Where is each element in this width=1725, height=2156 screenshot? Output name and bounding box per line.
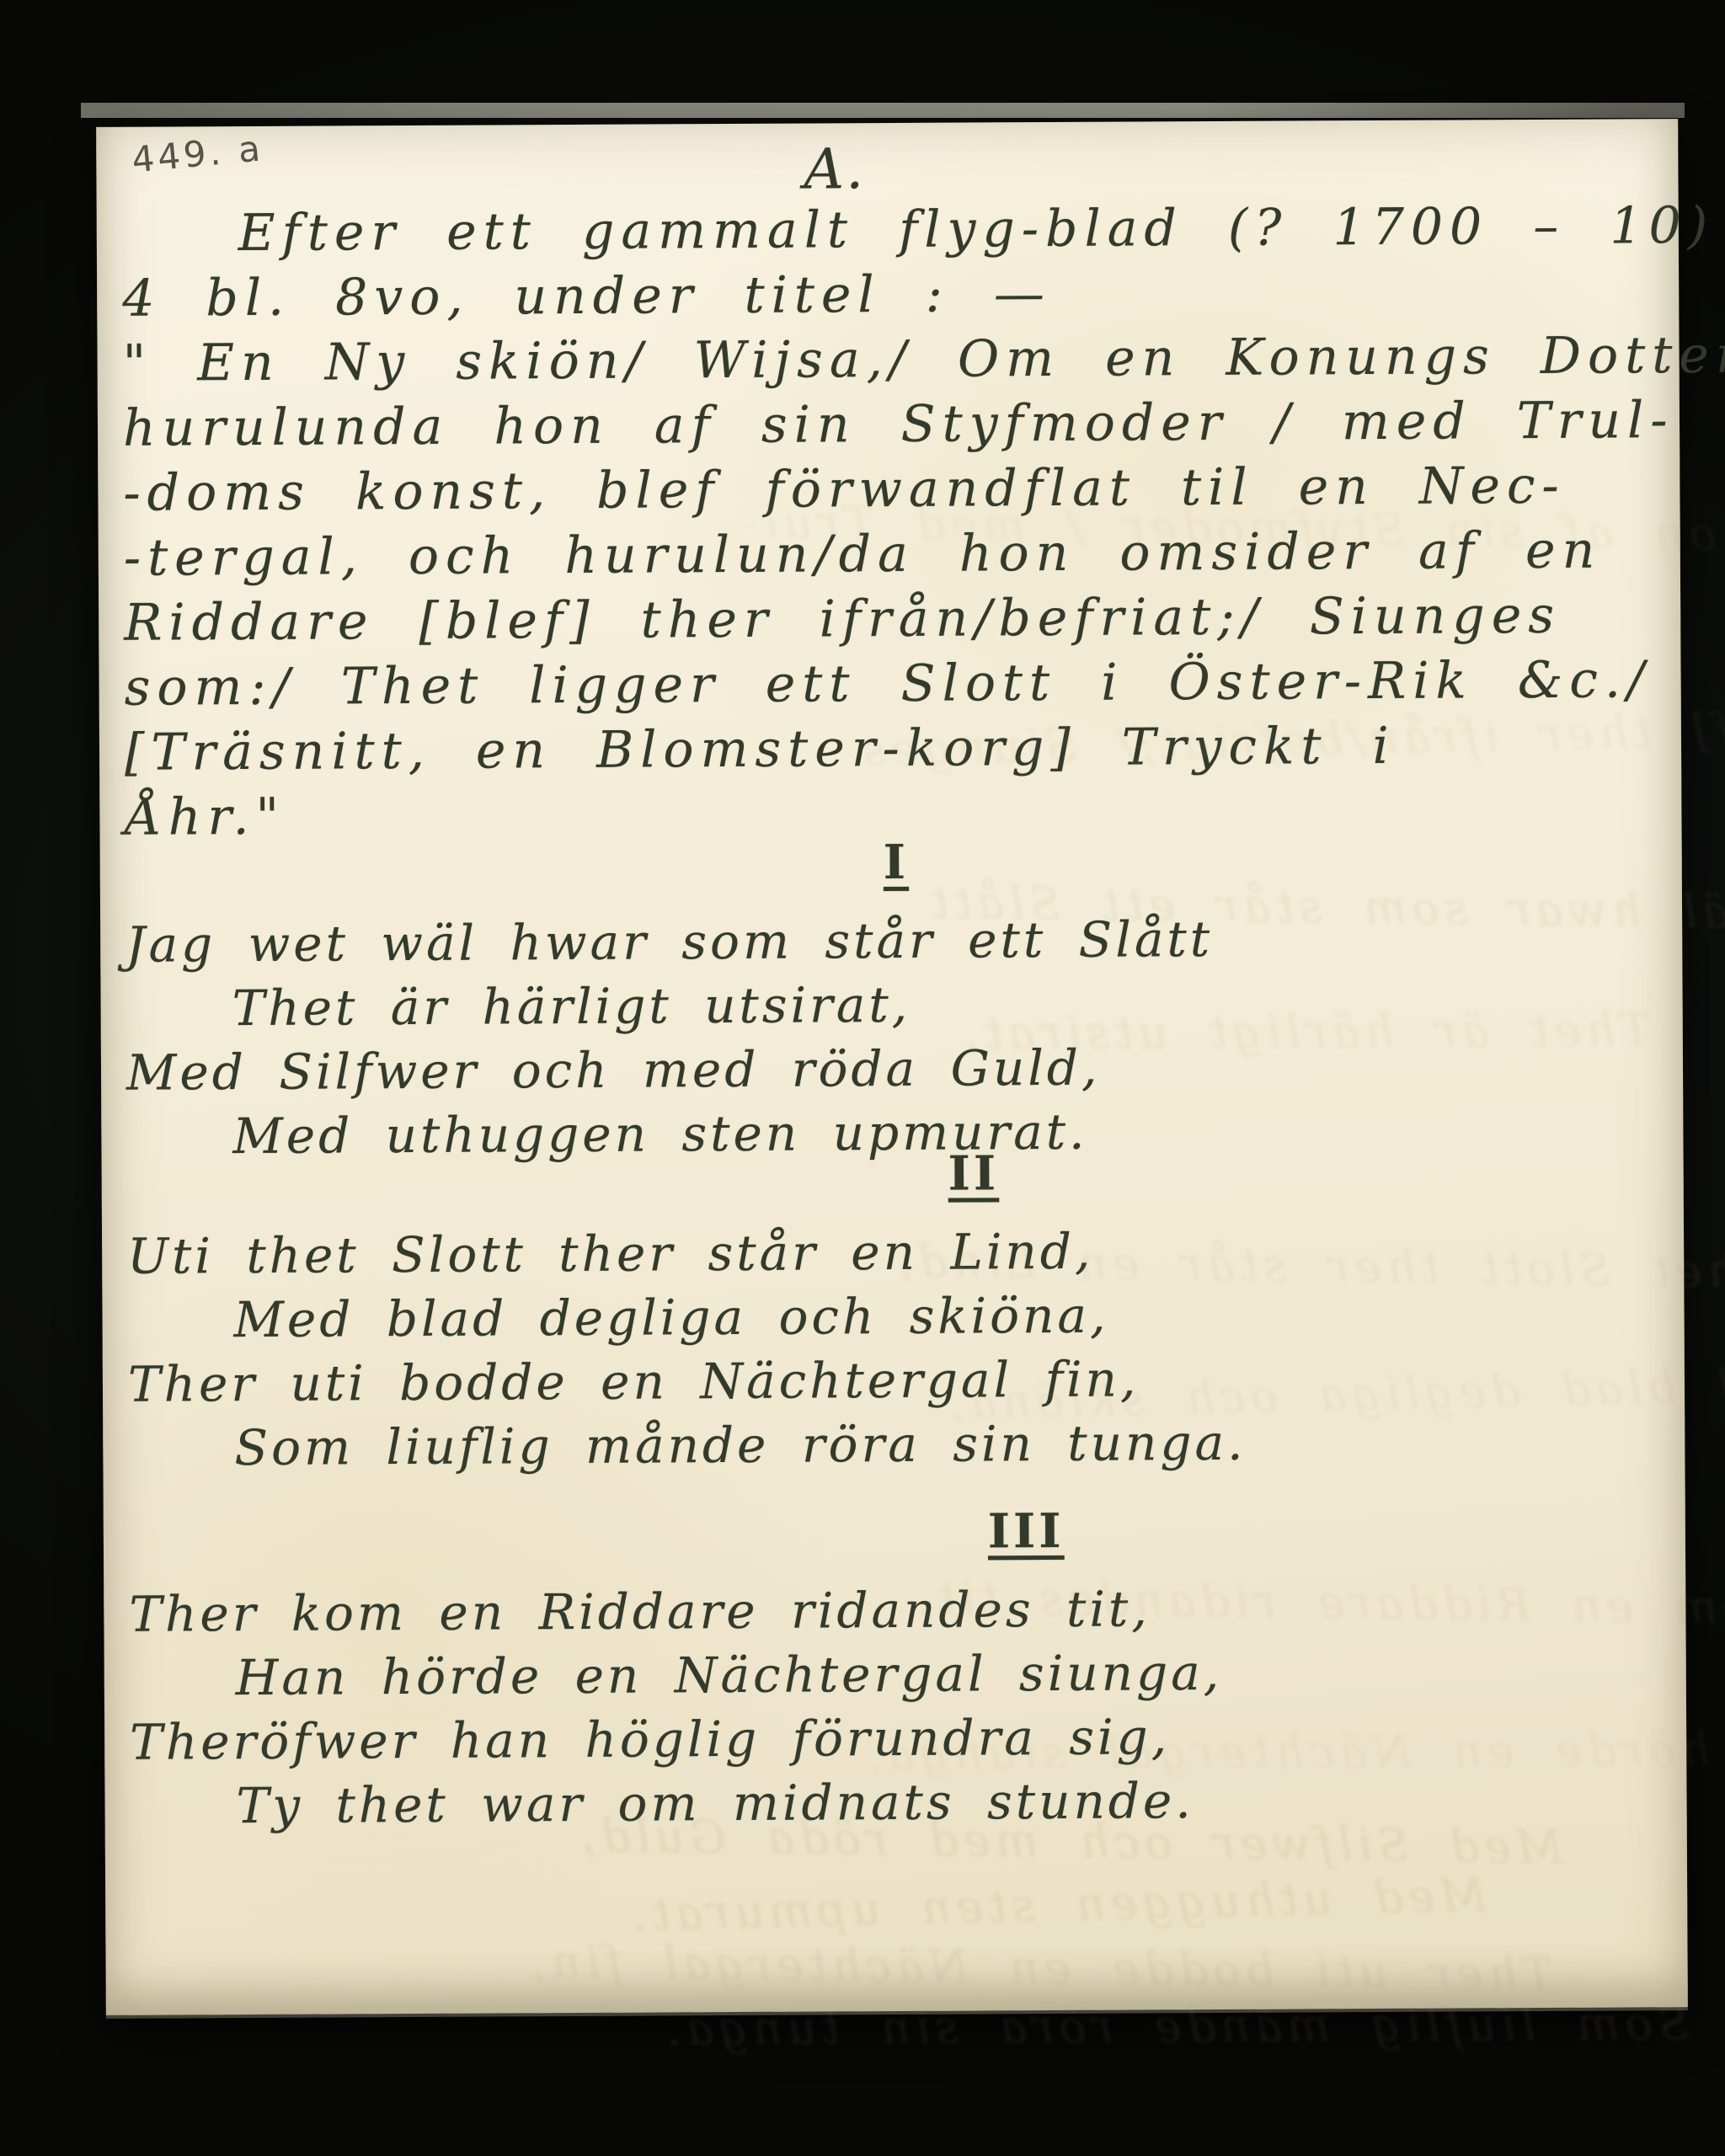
verse-line: Ther kom en Riddare ridandes tit, <box>129 1577 1669 1650</box>
bleedthrough-text: hurulunda hon af sin Styfmoder / med Tru… <box>96 119 1678 127</box>
stanza: IJag wet wäl hwar som står ett SlåttThet… <box>126 830 1667 1172</box>
ballad-stanzas: IJag wet wäl hwar som står ett SlåttThet… <box>96 119 1678 127</box>
source-note-line: Riddare [blef] ther ifrån/befriat;/ Siun… <box>124 585 1664 659</box>
verse-line: Thet är härligt utsirat, <box>232 972 1665 1043</box>
source-note-line: som:/ Thet ligger ett Slott i Öster-Rik … <box>124 650 1664 723</box>
stanza: IIITher kom en Riddare ridandes tit,Han … <box>129 1500 1670 1842</box>
bleedthrough-line: Ther uti bodde en Nächtergal fin, <box>526 1935 1553 2001</box>
verse-line: Med Silfwer och med röda Guld, <box>126 1036 1666 1108</box>
photo-background: 449. a A. Efter ett gammalt flyg-blad (?… <box>0 0 1725 2156</box>
bleedthrough-line: Som liuflig månde röra sin tunga. <box>662 1997 1689 2055</box>
source-note-line: Efter ett gammalt flyg-blad (? 1700 – 10… <box>238 196 1662 269</box>
source-note-line: 4 bl. 8vo, under titel : — <box>122 261 1662 334</box>
verse-line: Ty thet war om midnats stunde. <box>236 1769 1669 1841</box>
stanza: IIUti thet Slott ther står en Lind,Med b… <box>127 1142 1669 1484</box>
archival-number: 449. a <box>130 127 264 180</box>
source-note-line: [Träsnitt, en Blomster-korg] Tryckt i <box>125 715 1664 788</box>
source-note-line: " En Ny skiön/ Wijsa,/ Om en Konungs Dot… <box>122 326 1662 399</box>
verse-line: Theröfwer han höglig förundra sig, <box>130 1705 1669 1778</box>
verse-line: Ther uti bodde en Nächtergal fin, <box>128 1347 1668 1420</box>
stanza-numeral: II <box>127 1142 1667 1228</box>
verse-line: Som liuflig månde röra sin tunga. <box>234 1412 1668 1483</box>
source-note: Efter ett gammalt flyg-blad (? 1700 – 10… <box>122 196 1665 853</box>
source-note-line: -tergal, och hurulun/da hon omsider af e… <box>124 520 1664 594</box>
source-note-line: -doms konst, blef förwandflat til en Nec… <box>123 456 1663 529</box>
version-letter: A. <box>804 136 865 201</box>
stanza-numeral: III <box>129 1500 1669 1586</box>
verse-line: Uti thet Slott ther står en Lind, <box>127 1219 1667 1292</box>
source-note-line: hurulunda hon af sin Styfmoder / med Tru… <box>123 391 1663 464</box>
stanza-numeral: I <box>126 830 1665 916</box>
verse-line: Med blad degliga och skiöna, <box>233 1283 1667 1355</box>
manuscript-page: 449. a A. Efter ett gammalt flyg-blad (?… <box>96 119 1688 2015</box>
verse-line: Jag wet wäl hwar som står ett Slått <box>126 908 1665 980</box>
verse-line: Han hörde en Nächtergal siunga, <box>236 1641 1669 1713</box>
bleedthrough-line: Med uthuggen sten upmurat. <box>628 1868 1487 1940</box>
backing-sheet-edge <box>81 103 1685 118</box>
